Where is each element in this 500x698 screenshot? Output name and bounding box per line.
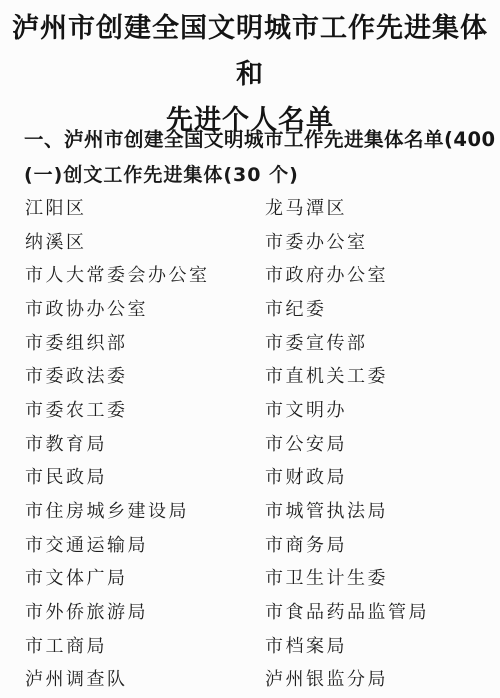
section-heading-advanced-collectives: 一、泸州市创建全国文明城市工作先进集体名单(400 个) — [24, 124, 494, 152]
list-item-left: 市政协办公室 — [25, 295, 265, 321]
list-item-left: 市人大常委会办公室 — [25, 261, 265, 287]
table-row: 市委农工委 市文明办 — [25, 392, 492, 426]
table-row: 纳溪区 市委办公室 — [25, 224, 492, 258]
table-row: 市住房城乡建设局 市城管执法局 — [25, 493, 492, 527]
table-row: 市教育局 市公安局 — [25, 426, 492, 460]
list-item-right: 市文明办 — [265, 396, 492, 422]
list-item-right: 市政府办公室 — [265, 261, 492, 287]
list-item-left: 市交通运输局 — [25, 531, 265, 557]
table-row: 市委政法委 市直机关工委 — [25, 358, 492, 392]
list-item-right: 市卫生计生委 — [265, 564, 492, 590]
list-item-left: 市工商局 — [25, 632, 265, 658]
list-item-left: 市住房城乡建设局 — [25, 497, 265, 523]
list-item-left: 泸州调查队 — [25, 665, 265, 691]
table-row: 江阳区 龙马潭区 — [25, 190, 492, 224]
list-item-right: 市食品药品监管局 — [265, 598, 492, 624]
list-item-left: 市教育局 — [25, 430, 265, 456]
list-item-right: 市委宣传部 — [265, 329, 492, 355]
list-item-left: 市委农工委 — [25, 396, 265, 422]
list-item-left: 市委组织部 — [25, 329, 265, 355]
list-item-right: 市直机关工委 — [265, 362, 492, 388]
list-item-right: 泸州银监分局 — [265, 665, 492, 691]
table-row: 市委组织部 市委宣传部 — [25, 325, 492, 359]
list-item-right: 市档案局 — [265, 632, 492, 658]
list-item-left: 纳溪区 — [25, 228, 265, 254]
table-row: 市人大常委会办公室 市政府办公室 — [25, 257, 492, 291]
list-item-left: 市外侨旅游局 — [25, 598, 265, 624]
list-item-right: 市委办公室 — [265, 228, 492, 254]
page-title-line1: 泸州市创建全国文明城市工作先进集体和 — [0, 6, 500, 98]
advanced-collectives-list: 江阳区 龙马潭区 纳溪区 市委办公室 市人大常委会办公室 市政府办公室 市政协办… — [25, 190, 492, 695]
list-item-left: 市文体广局 — [25, 564, 265, 590]
table-row: 市交通运输局 市商务局 — [25, 527, 492, 561]
table-row: 市外侨旅游局 市食品药品监管局 — [25, 594, 492, 628]
table-row: 市政协办公室 市纪委 — [25, 291, 492, 325]
list-item-right: 市公安局 — [265, 430, 492, 456]
list-item-left: 江阳区 — [25, 194, 265, 220]
list-item-right: 龙马潭区 — [265, 194, 492, 220]
list-item-right: 市城管执法局 — [265, 497, 492, 523]
subsection-heading-chuangwen-collectives: (一)创文工作先进集体(30 个) — [24, 160, 299, 187]
table-row: 市工商局 市档案局 — [25, 628, 492, 662]
list-item-right: 市财政局 — [265, 463, 492, 489]
list-item-right: 市商务局 — [265, 531, 492, 557]
list-item-left: 市委政法委 — [25, 362, 265, 388]
table-row: 市民政局 市财政局 — [25, 460, 492, 494]
list-item-right: 市纪委 — [265, 295, 492, 321]
table-row: 市文体广局 市卫生计生委 — [25, 561, 492, 595]
table-row: 泸州调查队 泸州银监分局 — [25, 662, 492, 696]
list-item-left: 市民政局 — [25, 463, 265, 489]
